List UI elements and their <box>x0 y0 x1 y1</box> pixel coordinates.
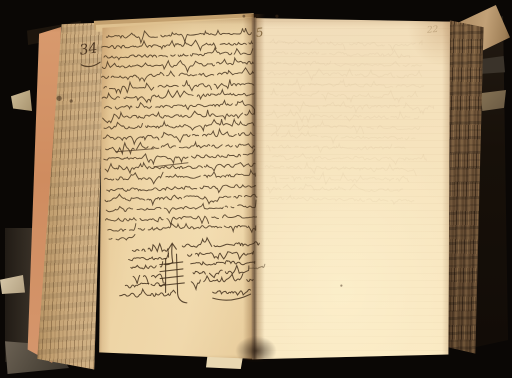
parchment-tab-left-upper <box>11 90 32 111</box>
pencil-foliation-mark: 22 <box>427 24 448 37</box>
folio-number: 34 <box>79 40 108 63</box>
parchment-tab-left-lower <box>0 275 25 294</box>
parchment-tab-right <box>481 90 506 111</box>
manuscript-left-page <box>96 14 256 360</box>
quire-mark: 5 <box>255 25 273 43</box>
manuscript-photo: 34 5 22 <box>0 0 512 378</box>
blank-right-page <box>252 14 452 360</box>
